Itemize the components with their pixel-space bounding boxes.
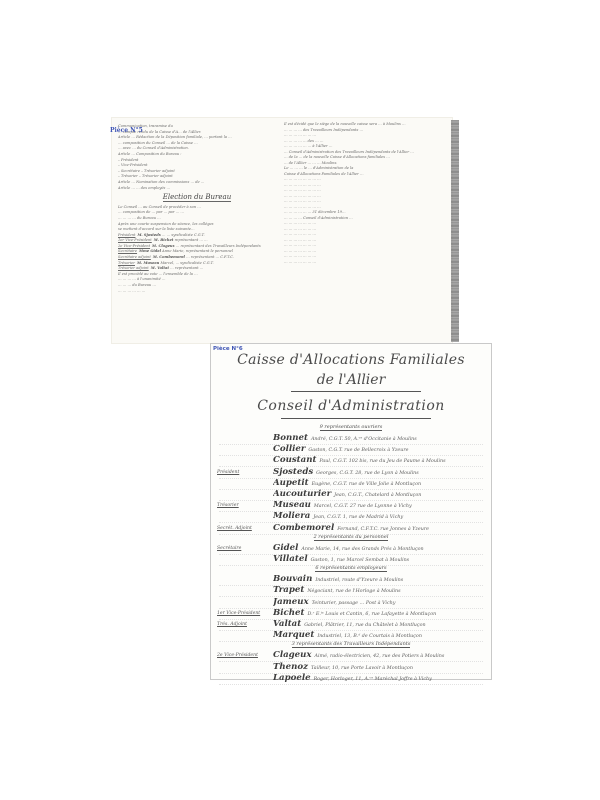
title-underline (291, 391, 421, 392)
member-name: Clageux (273, 650, 312, 660)
member-row: AucouturierJean, C.G.T., Chatelard à Mon… (211, 489, 491, 499)
member-detail: Roger, Horloger, 11, A.ᵛᵉ Maréchal Joffr… (314, 677, 432, 682)
member-row: LapoeleRoger, Horloger, 11, A.ᵛᵉ Marécha… (211, 673, 491, 683)
member-detail: Tailleur, 10, rue Porte Lavoir à Montluç… (311, 666, 413, 671)
member-name: Aucouturier (273, 489, 331, 499)
member-role: Secrét. Adjoint (217, 526, 259, 531)
officer-name: M. Bichet (154, 238, 174, 242)
member-detail: Eugène, C.G.T. rue de Ville Jolie à Mont… (312, 482, 422, 487)
member-detail: Industriel, route d'Yzeure à Moulins (315, 578, 403, 583)
officer-role: Trésorier adjoint (118, 266, 149, 270)
section-heading-text: 3 représentants des Travailleurs Indépen… (292, 641, 411, 648)
section-heading: 3 représentants des Travailleurs Indépen… (211, 641, 491, 647)
officer-detail: représentant … … (175, 238, 208, 242)
member-detail: Fernand, C.F.T.C. rue Jonnes à Yzeure (337, 527, 429, 532)
member-row: PrésidentSjostedsGeorges, C.G.T. 28, rue… (211, 467, 491, 477)
member-detail: Gaston, C.G.T. rue de Bellecroix à Yzeur… (308, 448, 408, 453)
handwritten-line: … … … … … … (118, 289, 276, 295)
member-role: Trésorier (217, 503, 259, 508)
member-entry: MuseauMarcel, C.G.T. 27 rue de Lyonne à … (273, 500, 487, 510)
member-entry: BonnetAndré, C.G.T. 50, A.ᵛᵉ d'Occitanie… (273, 433, 487, 443)
member-row: MarquetIndustriel, 13, B.ᵈ de Courtais à… (211, 630, 491, 640)
member-detail: André, C.G.T. 50, A.ᵛᵉ d'Occitanie à Mou… (311, 437, 417, 442)
officer-role: Secrétaire (118, 249, 137, 253)
member-entry: CollierGaston, C.G.T. rue de Bellecroix … (273, 444, 487, 454)
member-name: Sjosteds (273, 467, 313, 477)
section-heading-text: 6 représentants employeurs (315, 565, 386, 572)
officer-name: M. Clageux (152, 244, 175, 248)
member-detail: Marcel, C.G.T. 27 rue de Lyonne à Vichy (314, 504, 412, 509)
officer-detail: … représentant des Travailleurs Indépend… (176, 244, 261, 248)
member-name: Villatel (273, 554, 308, 564)
officer-role: Trésorier (118, 261, 135, 265)
back-body-lines: Le Conseil … au Conseil de procéder à so… (118, 205, 276, 233)
section-heading-text: 9 représentants ouvriers (320, 424, 383, 431)
member-entry: AucouturierJean, C.G.T., Chatelard à Mon… (273, 489, 487, 499)
member-entry: BichetD.ʳ E.ᵗˢ Louis et Cantin, 6, rue L… (273, 608, 487, 618)
member-detail: Paul, C.G.T. 102 bis, rue du Jeu de Paum… (319, 459, 445, 464)
member-name: Jameux (273, 597, 309, 607)
member-detail: Industriel, 13, B.ᵈ de Courtais à Montlu… (317, 634, 422, 639)
officer-detail: … représentant … C.F.T.C. (186, 255, 234, 259)
member-entry: ThenozTailleur, 10, rue Porte Lavoir à M… (273, 662, 487, 672)
officer-detail: Anne Marie, représentant le personnel (162, 249, 233, 253)
front-page-council: Pièce N°6 Caisse d'Allocations Familiale… (210, 343, 492, 680)
officer-name: Mme Gidel (139, 249, 161, 253)
back-officers-list: PrésidentM. Sjosteds … … syndicaliste C.… (118, 233, 276, 272)
member-row: 2e Vice-PrésidentClageuxAimé, radio-élec… (211, 650, 491, 660)
member-detail: Georges, C.G.T. 28, rue de Lyon à Moulin… (316, 471, 419, 476)
title-caisse: Caisse d'Allocations Familiales (211, 352, 491, 368)
member-name: Bichet (273, 608, 304, 618)
ruled-line (219, 684, 483, 685)
member-entry: AupetitEugène, C.G.T. rue de Ville Jolie… (273, 478, 487, 488)
member-row: ThenozTailleur, 10, rue Porte Lavoir à M… (211, 662, 491, 672)
member-name: Bouvain (273, 574, 312, 584)
member-role: Trés. Adjoint (217, 622, 259, 627)
member-detail: Négociant, rue de l'Horloge à Moulins (307, 589, 400, 594)
officer-name: M. Museau (137, 261, 159, 265)
back-right-lines: Il est décidé que le siège de la nouvell… (284, 122, 444, 265)
member-entry: JameuxTeinturier, passage … Post à Vichy (273, 597, 487, 607)
back-intro-lines: Communication, transmise du… compte rend… (118, 124, 276, 191)
member-row: SecrétaireGidelAnne Marie, 14, rue des G… (211, 543, 491, 553)
member-detail: Gabriel, Plâtrier, 11, rue du Châtelet à… (304, 623, 425, 628)
member-role: Président (217, 470, 259, 475)
member-name: Coustant (273, 455, 316, 465)
member-row: CoustantPaul, C.G.T. 102 bis, rue du Jeu… (211, 455, 491, 465)
member-row: Secrét. AdjointCombemorelFernand, C.F.T.… (211, 523, 491, 533)
member-entry: BouvainIndustriel, route d'Yzeure à Moul… (273, 574, 487, 584)
election-heading: Election du Bureau (118, 195, 276, 201)
member-row: TrésorierMuseauMarcel, C.G.T. 27 rue de … (211, 500, 491, 510)
member-row: BonnetAndré, C.G.T. 50, A.ᵛᵉ d'Occitanie… (211, 433, 491, 443)
member-entry: LapoeleRoger, Horloger, 11, A.ᵛᵉ Marécha… (273, 673, 487, 683)
piece-label-back: Pièce N°5 (110, 128, 143, 134)
title-allier: de l'Allier (211, 372, 491, 388)
officer-detail: … … syndicaliste C.G.T. (162, 233, 205, 237)
member-entry: GidelAnne Marie, 14, rue des Grands Prés… (273, 543, 487, 553)
section-heading: 2 représentants du personnel (211, 534, 491, 540)
member-role: 1er Vice-Président (217, 611, 259, 616)
member-detail: Anne Marie, 14, rue des Grands Prés à Mo… (301, 547, 423, 552)
officer-role: 2e Vice-Président (118, 244, 150, 248)
back-page-minutes: Pièce N°5 Communication, transmise du… c… (112, 118, 452, 343)
member-name: Valtat (273, 619, 301, 629)
member-row: MolieraJean, C.G.T. 1, rue de Madrid à V… (211, 511, 491, 521)
officer-detail: … représentant … (170, 266, 203, 270)
member-entry: MarquetIndustriel, 13, B.ᵈ de Courtais à… (273, 630, 487, 640)
member-row: AupetitEugène, C.G.T. rue de Ville Jolie… (211, 478, 491, 488)
member-name: Lapoele (273, 673, 311, 683)
member-row: TrapetNégociant, rue de l'Horloge à Moul… (211, 585, 491, 595)
member-name: Moliera (273, 511, 310, 521)
member-name: Gidel (273, 543, 298, 553)
binding-spine (451, 120, 459, 342)
handwritten-line: … … … … … … … (284, 260, 444, 266)
member-row: BouvainIndustriel, route d'Yzeure à Moul… (211, 574, 491, 584)
title-conseil: Conseil d'Administration (211, 398, 491, 414)
member-entry: ValtatGabriel, Plâtrier, 11, rue du Chât… (273, 619, 487, 629)
member-detail: Teinturier, passage … Post à Vichy (312, 601, 396, 606)
member-role: Secrétaire (217, 546, 259, 551)
member-entry: TrapetNégociant, rue de l'Horloge à Moul… (273, 585, 487, 595)
officer-detail: Marcel, … syndicaliste C.G.T. (160, 261, 213, 265)
section-heading-text: 2 représentants du personnel (314, 534, 389, 541)
conseil-underline (281, 418, 431, 419)
member-detail: Gaston, 1, rue Marcel Sembat à Moulins (311, 558, 410, 563)
member-name: Collier (273, 444, 305, 454)
officer-name: M. Sjosteds (137, 233, 160, 237)
officer-role: Secrétaire adjoint (118, 255, 151, 259)
member-name: Thenoz (273, 662, 308, 672)
member-row: JameuxTeinturier, passage … Post à Vichy (211, 597, 491, 607)
member-entry: ClageuxAimé, radio-électricien, 42, rue … (273, 650, 487, 660)
member-role: 2e Vice-Président (217, 653, 259, 658)
back-page-left-column: Pièce N°5 Communication, transmise du… c… (118, 124, 276, 294)
member-name: Museau (273, 500, 311, 510)
member-detail: Jean, C.G.T., Chatelard à Montluçon (334, 493, 421, 498)
member-entry: SjostedsGeorges, C.G.T. 28, rue de Lyon … (273, 467, 487, 477)
member-name: Aupetit (273, 478, 309, 488)
member-name: Marquet (273, 630, 314, 640)
handwritten-line: Article … … des employés … (118, 186, 276, 192)
back-closing-lines: Il est procédé au vote … l'ensemble de l… (118, 272, 276, 294)
member-detail: D.ʳ E.ᵗˢ Louis et Cantin, 6, rue Lafayet… (307, 612, 436, 617)
member-detail: Jean, C.G.T. 1, rue de Madrid à Vichy (313, 515, 403, 520)
member-row: Trés. AdjointValtatGabriel, Plâtrier, 11… (211, 619, 491, 629)
member-entry: CoustantPaul, C.G.T. 102 bis, rue du Jeu… (273, 455, 487, 465)
member-entry: CombemorelFernand, C.F.T.C. rue Jonnes à… (273, 523, 487, 533)
back-page-right-column: Il est décidé que le siège de la nouvell… (284, 122, 444, 265)
member-name: Combemorel (273, 523, 334, 533)
member-row: CollierGaston, C.G.T. rue de Bellecroix … (211, 444, 491, 454)
section-heading: 9 représentants ouvriers (211, 424, 491, 430)
member-name: Trapet (273, 585, 304, 595)
officer-name: M. Valtat (151, 266, 169, 270)
officer-role: Président (118, 233, 135, 237)
member-name: Bonnet (273, 433, 308, 443)
officer-name: M. Combemorel (153, 255, 185, 259)
member-entry: VillatelGaston, 1, rue Marcel Sembat à M… (273, 554, 487, 564)
member-row: 1er Vice-PrésidentBichetD.ʳ E.ᵗˢ Louis e… (211, 608, 491, 618)
section-heading: 6 représentants employeurs (211, 565, 491, 571)
member-row: VillatelGaston, 1, rue Marcel Sembat à M… (211, 554, 491, 564)
officer-role: 1er Vice-Président (118, 238, 152, 242)
member-entry: MolieraJean, C.G.T. 1, rue de Madrid à V… (273, 511, 487, 521)
member-detail: Aimé, radio-électricien, 42, rue des Pot… (315, 654, 445, 659)
